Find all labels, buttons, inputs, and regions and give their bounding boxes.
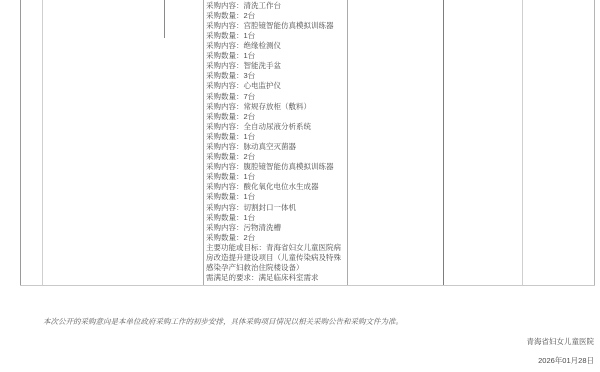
requirement-line: 采购内容：心电监护仪: [206, 81, 347, 91]
requirement-line: 主要功能或目标：青海省妇女儿童医院病房改造提升建设项目（儿童传染病及特殊感染孕产…: [206, 243, 347, 273]
table-border-segment: [164, 0, 165, 38]
requirement-line: 采购内容：宫腔镜智能仿真模拟训练器: [206, 21, 347, 31]
requirement-line: 采购数量：1台: [206, 31, 347, 41]
requirement-line: 采购数量：2台: [206, 152, 347, 162]
table-border-col-4: [347, 0, 348, 285]
requirement-line: 采购内容：切割封口一体机: [206, 203, 347, 213]
table-border-col-6: [522, 0, 523, 285]
table-border-bottom: [20, 285, 595, 286]
requirement-line: 采购内容：酸化氧化电位水生成器: [206, 182, 347, 192]
requirements-cell: 采购内容：清洗工作台采购数量：2台采购内容：宫腔镜智能仿真模拟训练器采购数量：1…: [206, 1, 347, 284]
requirement-line: 采购数量：1台: [206, 213, 347, 223]
requirement-line: 采购内容：智能洗手盆: [206, 61, 347, 71]
requirement-line: 采购内容：腹腔镜智能仿真模拟训练器: [206, 162, 347, 172]
requirement-line: 采购数量：7台: [206, 92, 347, 102]
table-border-col-3: [203, 0, 204, 285]
requirement-line: 采购数量：1台: [206, 51, 347, 61]
requirement-line: 采购数量：3台: [206, 71, 347, 81]
signature-org: 青海省妇女儿童医院: [0, 337, 594, 347]
requirement-line: 采购数量：2台: [206, 112, 347, 122]
table-border-col-1: [20, 0, 21, 285]
requirement-line: 采购内容：常规存放柜（敷料）: [206, 102, 347, 112]
table-border-col-5: [443, 0, 444, 285]
requirement-line: 采购数量：1台: [206, 132, 347, 142]
requirement-line: 采购数量：2台: [206, 11, 347, 21]
requirement-line: 采购内容：脉动真空灭菌器: [206, 142, 347, 152]
requirement-line: 采购内容：绝缘检测仪: [206, 41, 347, 51]
requirement-line: 采购数量：1台: [206, 172, 347, 182]
table-border-col-2: [42, 0, 43, 285]
disclaimer-text: 本次公开的采购意向是本单位政府采购工作的初步安排，具体采购项目情况以相关采购公告…: [43, 317, 583, 327]
requirement-line: 采购数量：1台: [206, 192, 347, 202]
table-border-right: [594, 0, 595, 285]
requirement-line: 需满足的要求：满足临床科室需求: [206, 273, 347, 283]
signature-date: 2026年01月28日: [0, 356, 594, 366]
requirement-line: 采购内容：污物清洗槽: [206, 223, 347, 233]
requirement-line: 采购数量：2台: [206, 233, 347, 243]
requirement-line: 采购内容：全自动尿液分析系统: [206, 122, 347, 132]
procurement-intention-page: 采购内容：清洗工作台采购数量：2台采购内容：宫腔镜智能仿真模拟训练器采购数量：1…: [0, 0, 600, 372]
requirement-line: 采购内容：清洗工作台: [206, 1, 347, 11]
